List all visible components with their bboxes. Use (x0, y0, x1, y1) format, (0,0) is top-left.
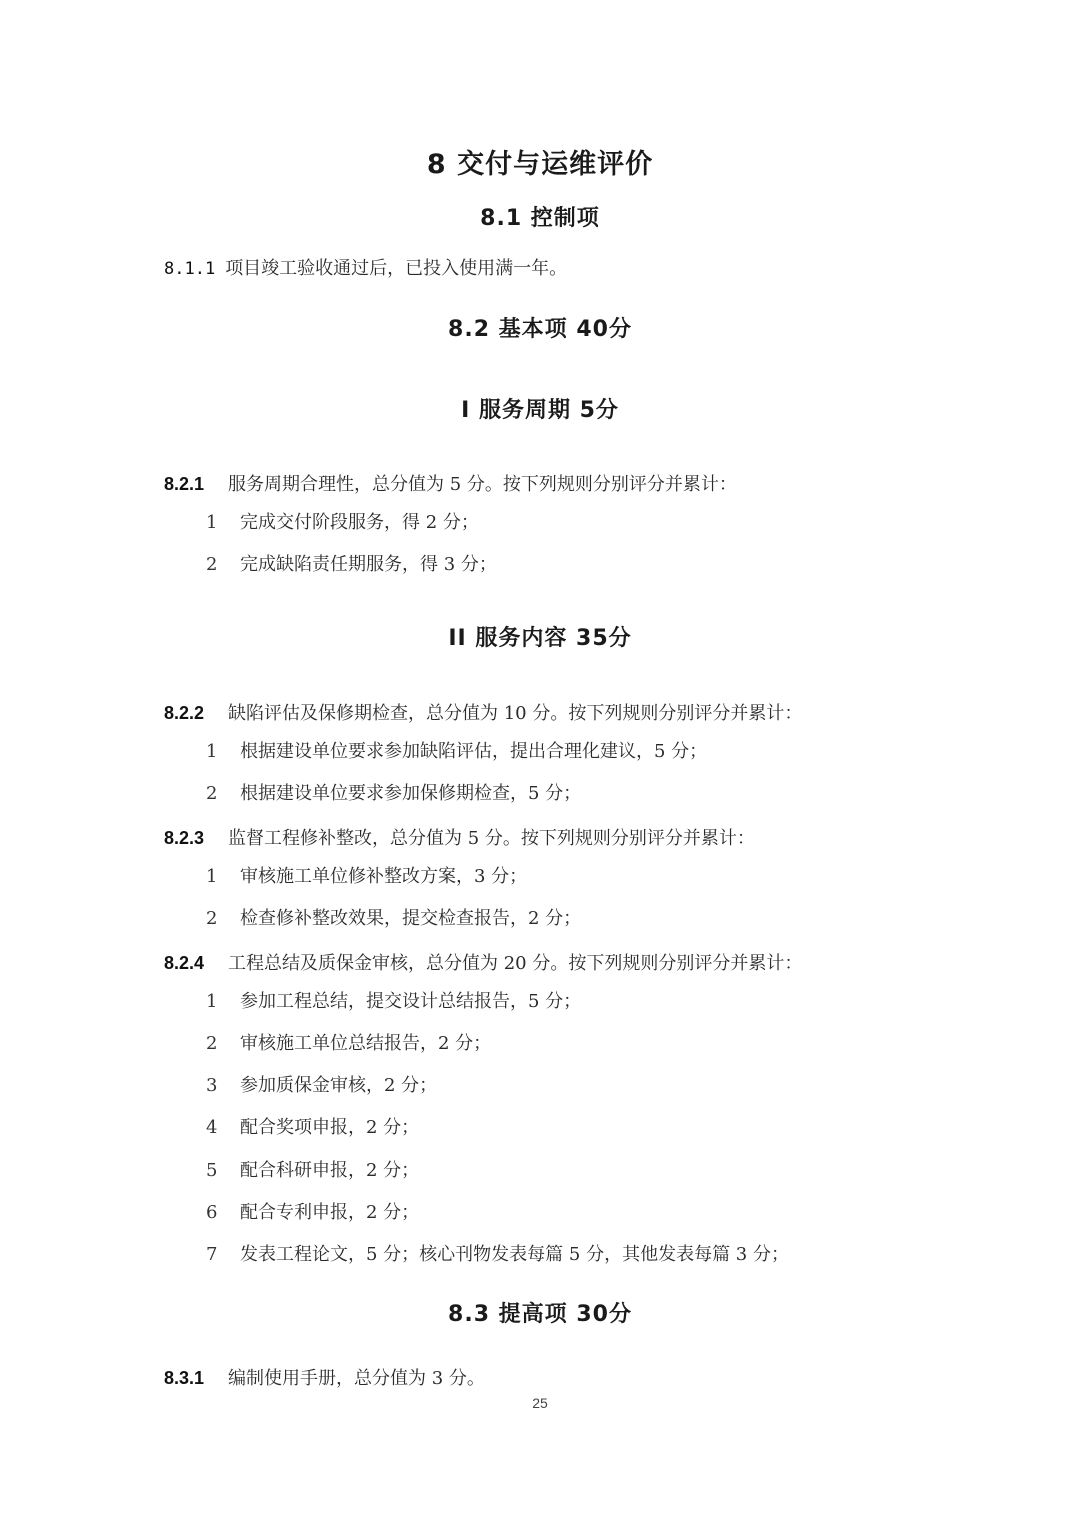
clause-8-2-3: 8.2.3 监督工程修补整改，总分值为 5 分。按下列规则分别评分并累计： (164, 824, 755, 850)
item-number: 6 (206, 1202, 240, 1223)
list-item: 7 发表工程论文，5 分；核心刊物发表每篇 5 分，其他发表每篇 3 分； (206, 1240, 789, 1266)
item-text: 完成缺陷责任期服务，得 3 分； (240, 550, 497, 576)
item-number: 1 (206, 991, 240, 1012)
item-number: 1 (206, 866, 240, 887)
clause-text: 缺陷评估及保修期检查，总分值为 10 分。按下列规则分别评分并累计： (228, 699, 802, 725)
clause-text: 项目竣工验收通过后，已投入使用满一年。 (225, 254, 567, 280)
list-item: 2 检查修补整改效果，提交检查报告，2 分； (206, 904, 581, 930)
item-number: 4 (206, 1117, 240, 1138)
page-number: 25 (0, 1395, 1080, 1411)
clause-number: 8.2.3 (164, 828, 228, 849)
item-text: 审核施工单位修补整改方案，3 分； (240, 862, 527, 888)
clause-8-3-1: 8.3.1 编制使用手册，总分值为 3 分。 (164, 1364, 485, 1390)
clause-number: 8.1.1 (164, 259, 215, 279)
list-item: 1 审核施工单位修补整改方案，3 分； (206, 862, 527, 888)
clause-text: 服务周期合理性，总分值为 5 分。按下列规则分别评分并累计： (228, 470, 737, 496)
list-item: 4 配合奖项申报，2 分； (206, 1113, 419, 1139)
clause-number: 8.2.2 (164, 703, 228, 724)
item-number: 2 (206, 554, 240, 575)
item-number: 3 (206, 1075, 240, 1096)
item-number: 2 (206, 908, 240, 929)
clause-text: 编制使用手册，总分值为 3 分。 (228, 1364, 485, 1390)
item-number: 5 (206, 1160, 240, 1181)
section-title-8-3: 8.3 提高项 30分 (0, 1297, 1080, 1328)
item-text: 参加工程总结，提交设计总结报告，5 分； (240, 987, 581, 1013)
item-text: 审核施工单位总结报告，2 分； (240, 1029, 491, 1055)
clause-text: 监督工程修补整改，总分值为 5 分。按下列规则分别评分并累计： (228, 824, 755, 850)
item-text: 发表工程论文，5 分；核心刊物发表每篇 5 分，其他发表每篇 3 分； (240, 1240, 789, 1266)
item-text: 根据建设单位要求参加缺陷评估，提出合理化建议，5 分； (240, 737, 707, 763)
clause-number: 8.2.1 (164, 474, 228, 495)
list-item: 1 参加工程总结，提交设计总结报告，5 分； (206, 987, 581, 1013)
section-title-8-1: 8.1 控制项 (0, 201, 1080, 232)
item-text: 配合科研申报，2 分； (240, 1156, 419, 1182)
item-text: 配合专利申报，2 分； (240, 1198, 419, 1224)
item-text: 完成交付阶段服务，得 2 分； (240, 508, 479, 534)
list-item: 6 配合专利申报，2 分； (206, 1198, 419, 1224)
list-item: 2 完成缺陷责任期服务，得 3 分； (206, 550, 497, 576)
clause-number: 8.2.4 (164, 953, 228, 974)
clause-8-1-1: 8.1.1 项目竣工验收通过后，已投入使用满一年。 (164, 254, 567, 280)
item-number: 7 (206, 1244, 240, 1265)
item-number: 2 (206, 1033, 240, 1054)
list-item: 2 根据建设单位要求参加保修期检查，5 分； (206, 779, 581, 805)
list-item: 1 根据建设单位要求参加缺陷评估，提出合理化建议，5 分； (206, 737, 707, 763)
item-text: 根据建设单位要求参加保修期检查，5 分； (240, 779, 581, 805)
chapter-title: 8 交付与运维评价 (0, 142, 1080, 181)
subsection-title-I: I 服务周期 5分 (0, 393, 1080, 424)
clause-8-2-1: 8.2.1 服务周期合理性，总分值为 5 分。按下列规则分别评分并累计： (164, 470, 737, 496)
subsection-title-II: II 服务内容 35分 (0, 621, 1080, 652)
clause-8-2-4: 8.2.4 工程总结及质保金审核，总分值为 20 分。按下列规则分别评分并累计： (164, 949, 802, 975)
item-text: 参加质保金审核，2 分； (240, 1071, 437, 1097)
list-item: 5 配合科研申报，2 分； (206, 1156, 419, 1182)
list-item: 2 审核施工单位总结报告，2 分； (206, 1029, 491, 1055)
list-item: 1 完成交付阶段服务，得 2 分； (206, 508, 479, 534)
item-text: 检查修补整改效果，提交检查报告，2 分； (240, 904, 581, 930)
item-text: 配合奖项申报，2 分； (240, 1113, 419, 1139)
item-number: 2 (206, 783, 240, 804)
section-title-8-2: 8.2 基本项 40分 (0, 312, 1080, 343)
clause-number: 8.3.1 (164, 1368, 228, 1389)
item-number: 1 (206, 512, 240, 533)
list-item: 3 参加质保金审核，2 分； (206, 1071, 437, 1097)
clause-8-2-2: 8.2.2 缺陷评估及保修期检查，总分值为 10 分。按下列规则分别评分并累计： (164, 699, 802, 725)
item-number: 1 (206, 741, 240, 762)
clause-text: 工程总结及质保金审核，总分值为 20 分。按下列规则分别评分并累计： (228, 949, 802, 975)
